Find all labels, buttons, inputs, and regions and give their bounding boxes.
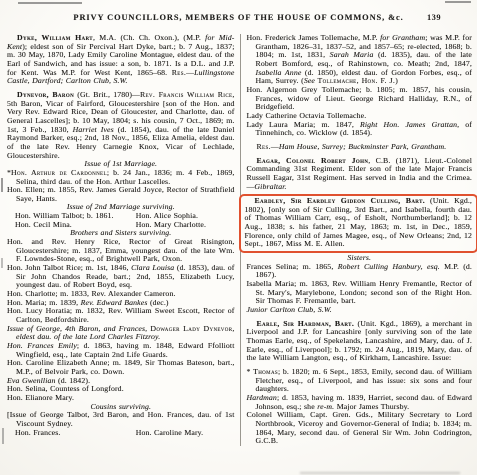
running-title: PRIVY COUNCILLORS, MEMBERS OF THE HOUSE … (0, 13, 477, 22)
sibling-item: Hon. John Talbot Rice; m. 1st, 1846, Cla… (7, 264, 235, 290)
text-segment: Hon. Selina, Countess of Longford. (7, 384, 124, 393)
entry-dyke: Dyke, William Hart, M.A. (Ch. Ch. Oxon.)… (7, 34, 235, 86)
text-segment: Hon. John Talbot Rice; m. 1st, 1846, (7, 263, 131, 272)
entry-eagar: Eagar, Colonel Robert John, C.B. (1871),… (247, 157, 473, 192)
two-column-text: Dyke, William Hart, M.A. (Ch. Ch. Oxon.)… (0, 27, 477, 446)
text-segment: Hon. Caroline Elizabeth Anne; m. 1849, S… (7, 358, 235, 376)
text-segment: Dynevor, Baron (17, 90, 74, 99)
text-segment: Hon. Lucy Horatia; m. 1832, Rev. William… (7, 306, 235, 324)
text-segment: Issue of George, 4th Baron, and Frances, (7, 324, 150, 333)
text-segment: Eardley, Sir Eardley Gideon Culling, Bar… (255, 196, 426, 205)
text-segment: Issue of 1st Marriage. (84, 159, 157, 168)
column-right: Hon. Frederick James Tollemache, M.P. fo… (240, 34, 473, 446)
text-segment: Isabella Anne (256, 68, 302, 77)
text-segment: re-m. (317, 402, 334, 411)
text-segment: ) (395, 76, 398, 85)
text-segment: (Unit. Kgd., 1802), [only son of Sir Cul… (245, 196, 473, 248)
tollemache-item: Lady Laura Maria; m. 1847, Right Hon. Ja… (247, 121, 473, 138)
text-segment: (Gt. Brit., 1780)— (74, 90, 140, 99)
page-header: PRIVY COUNCILLORS, MEMBERS OF THE HOUSE … (0, 0, 477, 27)
text-segment: Hon. Charlotte; m. 1833, Rev. Alexander … (7, 289, 176, 298)
text-segment: Hon. and Rev. Henry Rice, Rector of Grea… (7, 237, 235, 263)
residence-note: Res.—Ham House, Surrey; Buckminster Park… (247, 143, 473, 152)
scan-artifact (1, 178, 3, 192)
issue-note: Issue of George, 4th Baron, and Frances,… (7, 325, 235, 342)
page-number: 139 (427, 13, 441, 22)
text-segment: Issue of 2nd Marriage surviving. (67, 202, 175, 211)
text-segment: Sisters. (347, 253, 371, 262)
entry-earle: Earle, Sir Hardman, Bart. (Unit. Kgd., 1… (247, 320, 473, 363)
text-segment: Hon. Elianore Mary. (7, 393, 74, 402)
cousins-note: [Issue of George Talbot, 3rd Baron, and … (7, 411, 235, 428)
text-segment: Eagar, Colonel Robert John (257, 156, 369, 165)
issue-item: *Hon. Arthur de Cardonnel; b. 24 Jan., 1… (7, 169, 235, 186)
sibling-item: Hon. and Rev. Henry Rice, Rector of Grea… (7, 238, 235, 264)
text-segment: Lady Catherine Octavia Tollemache. (247, 111, 367, 120)
text-segment: Harriet Ives (73, 125, 114, 134)
issue-item: Colonel William, Capt. Gren. Gds., Milit… (247, 411, 473, 446)
text-segment: Frances Selina; m. 1865, (247, 262, 338, 271)
issue-item: Hardman; d. 1853, having m. 1839, Harrie… (247, 394, 473, 411)
text-segment: Rev. Francis William Rice (140, 90, 232, 99)
text-segment: Clara Louisa (131, 263, 174, 272)
tollemache-item: Hon. Frederick James Tollemache, M.P. fo… (247, 34, 473, 86)
text-segment: ; b. 1820; m. 6 Sept., 1853, Emily, seco… (256, 367, 473, 393)
issue-item: Hon. Caroline Elizabeth Anne; m. 1849, S… (7, 359, 235, 376)
text-segment: Rev. Edward Bankes (81, 298, 148, 307)
text-segment: Res. (257, 142, 271, 151)
text-segment: — (271, 142, 279, 151)
text-segment: Lady Laura Maria; m. 1847, (247, 120, 360, 129)
scan-artifact (300, 472, 460, 474)
text-segment: for Grantham (380, 33, 425, 42)
issue-item: * Thomas; b. 1820; m. 6 Sept., 1853, Emi… (247, 368, 473, 394)
text-segment: Dyke, William Hart (17, 33, 93, 42)
text-segment: Colonel William, Capt. Gren. Gds., Milit… (247, 410, 473, 445)
scan-artifact (2, 428, 4, 444)
text-segment: (dec.) (147, 298, 168, 307)
text-segment: Hon. Caroline Mary. (136, 429, 235, 438)
text-segment: — (186, 68, 194, 77)
text-segment: Hon. Frances. (15, 429, 136, 438)
text-segment: Cousins surviving. (90, 402, 151, 411)
text-segment: Isabella Maria; m. 1863, Rev. William He… (247, 279, 473, 305)
text-segment: , M.A. (Ch. Ch. Oxon.), (M.P. (93, 33, 205, 42)
text-segment: Dowager Lady Dynevor (150, 324, 232, 333)
text-segment: Hon. Frederick James Tollemache, M.P. (247, 33, 381, 42)
text-segment: Thomas (253, 367, 278, 376)
text-segment: Right Hon. James Grattan (360, 120, 457, 129)
text-segment: Hardman (247, 393, 277, 402)
sibling-item: Hon. Lucy Horatia; m. 1832, Rev. William… (7, 307, 235, 324)
text-segment: Hon. Ellen; m. 1855, Rev. James Gerald J… (7, 185, 235, 203)
text-segment: Hon. Frances Emily (7, 341, 77, 350)
sister-item: Frances Selina; m. 1865, Robert Culling … (247, 263, 473, 280)
text-segment: See (304, 76, 315, 85)
text-segment: Earle, Sir Hardman, Bart. (257, 319, 355, 328)
scan-artifact (1, 258, 3, 268)
text-segment: Ham House, Surrey; Buckminster Park, Gra… (279, 142, 446, 151)
column-left: Dyke, William Hart, M.A. (Ch. Ch. Oxon.)… (7, 34, 240, 446)
text-segment: Junior Carlton Club, S.W. (247, 305, 332, 314)
entry-dynevor: Dynevor, Baron (Gt. Brit., 1780)—Rev. Fr… (7, 91, 235, 160)
tollemache-item: Hon. Algernon Grey Tollemache; b. 1805; … (247, 86, 473, 112)
text-segment: [Issue of George Talbot, 3rd Baron, and … (7, 410, 235, 428)
text-segment: Robert Culling Hanbury, esq. (338, 262, 440, 271)
issue-item: Hon. Ellen; m. 1855, Rev. James Gerald J… (7, 186, 235, 203)
text-segment: Tollemache, Hon. F. J. (317, 76, 395, 85)
sister-item: Isabella Maria; m. 1863, Rev. William He… (247, 280, 473, 306)
text-segment: Res. (172, 68, 186, 77)
club-note: Junior Carlton Club, S.W. (247, 306, 473, 315)
issue-item: Hon. Frances Emily; d. 1863, having m. 1… (7, 342, 235, 359)
text-segment: Sarah Maria (330, 50, 374, 59)
text-segment: Hon. Maria; m. 1839, (7, 298, 81, 307)
text-segment: Gibraltar. (254, 182, 286, 191)
cousins-pair: Hon. Frances.Hon. Caroline Mary. (7, 429, 235, 438)
entry-eardley-highlighted: Eardley, Sir Eardley Gideon Culling, Bar… (239, 194, 477, 253)
text-segment: Hon. Algernon Grey Tollemache; b. 1805; … (247, 85, 473, 111)
scanned-book-page: PRIVY COUNCILLORS, MEMBERS OF THE HOUSE … (0, 0, 477, 475)
text-segment: Major James Thursby. (334, 402, 409, 411)
text-segment: (d. 1842). (56, 376, 91, 385)
text-segment: Hon. Arthur de Cardonnel (11, 168, 107, 177)
text-segment: Eva Gwenllian (7, 376, 56, 385)
text-segment: Brothers and Sisters surviving. (70, 228, 171, 237)
